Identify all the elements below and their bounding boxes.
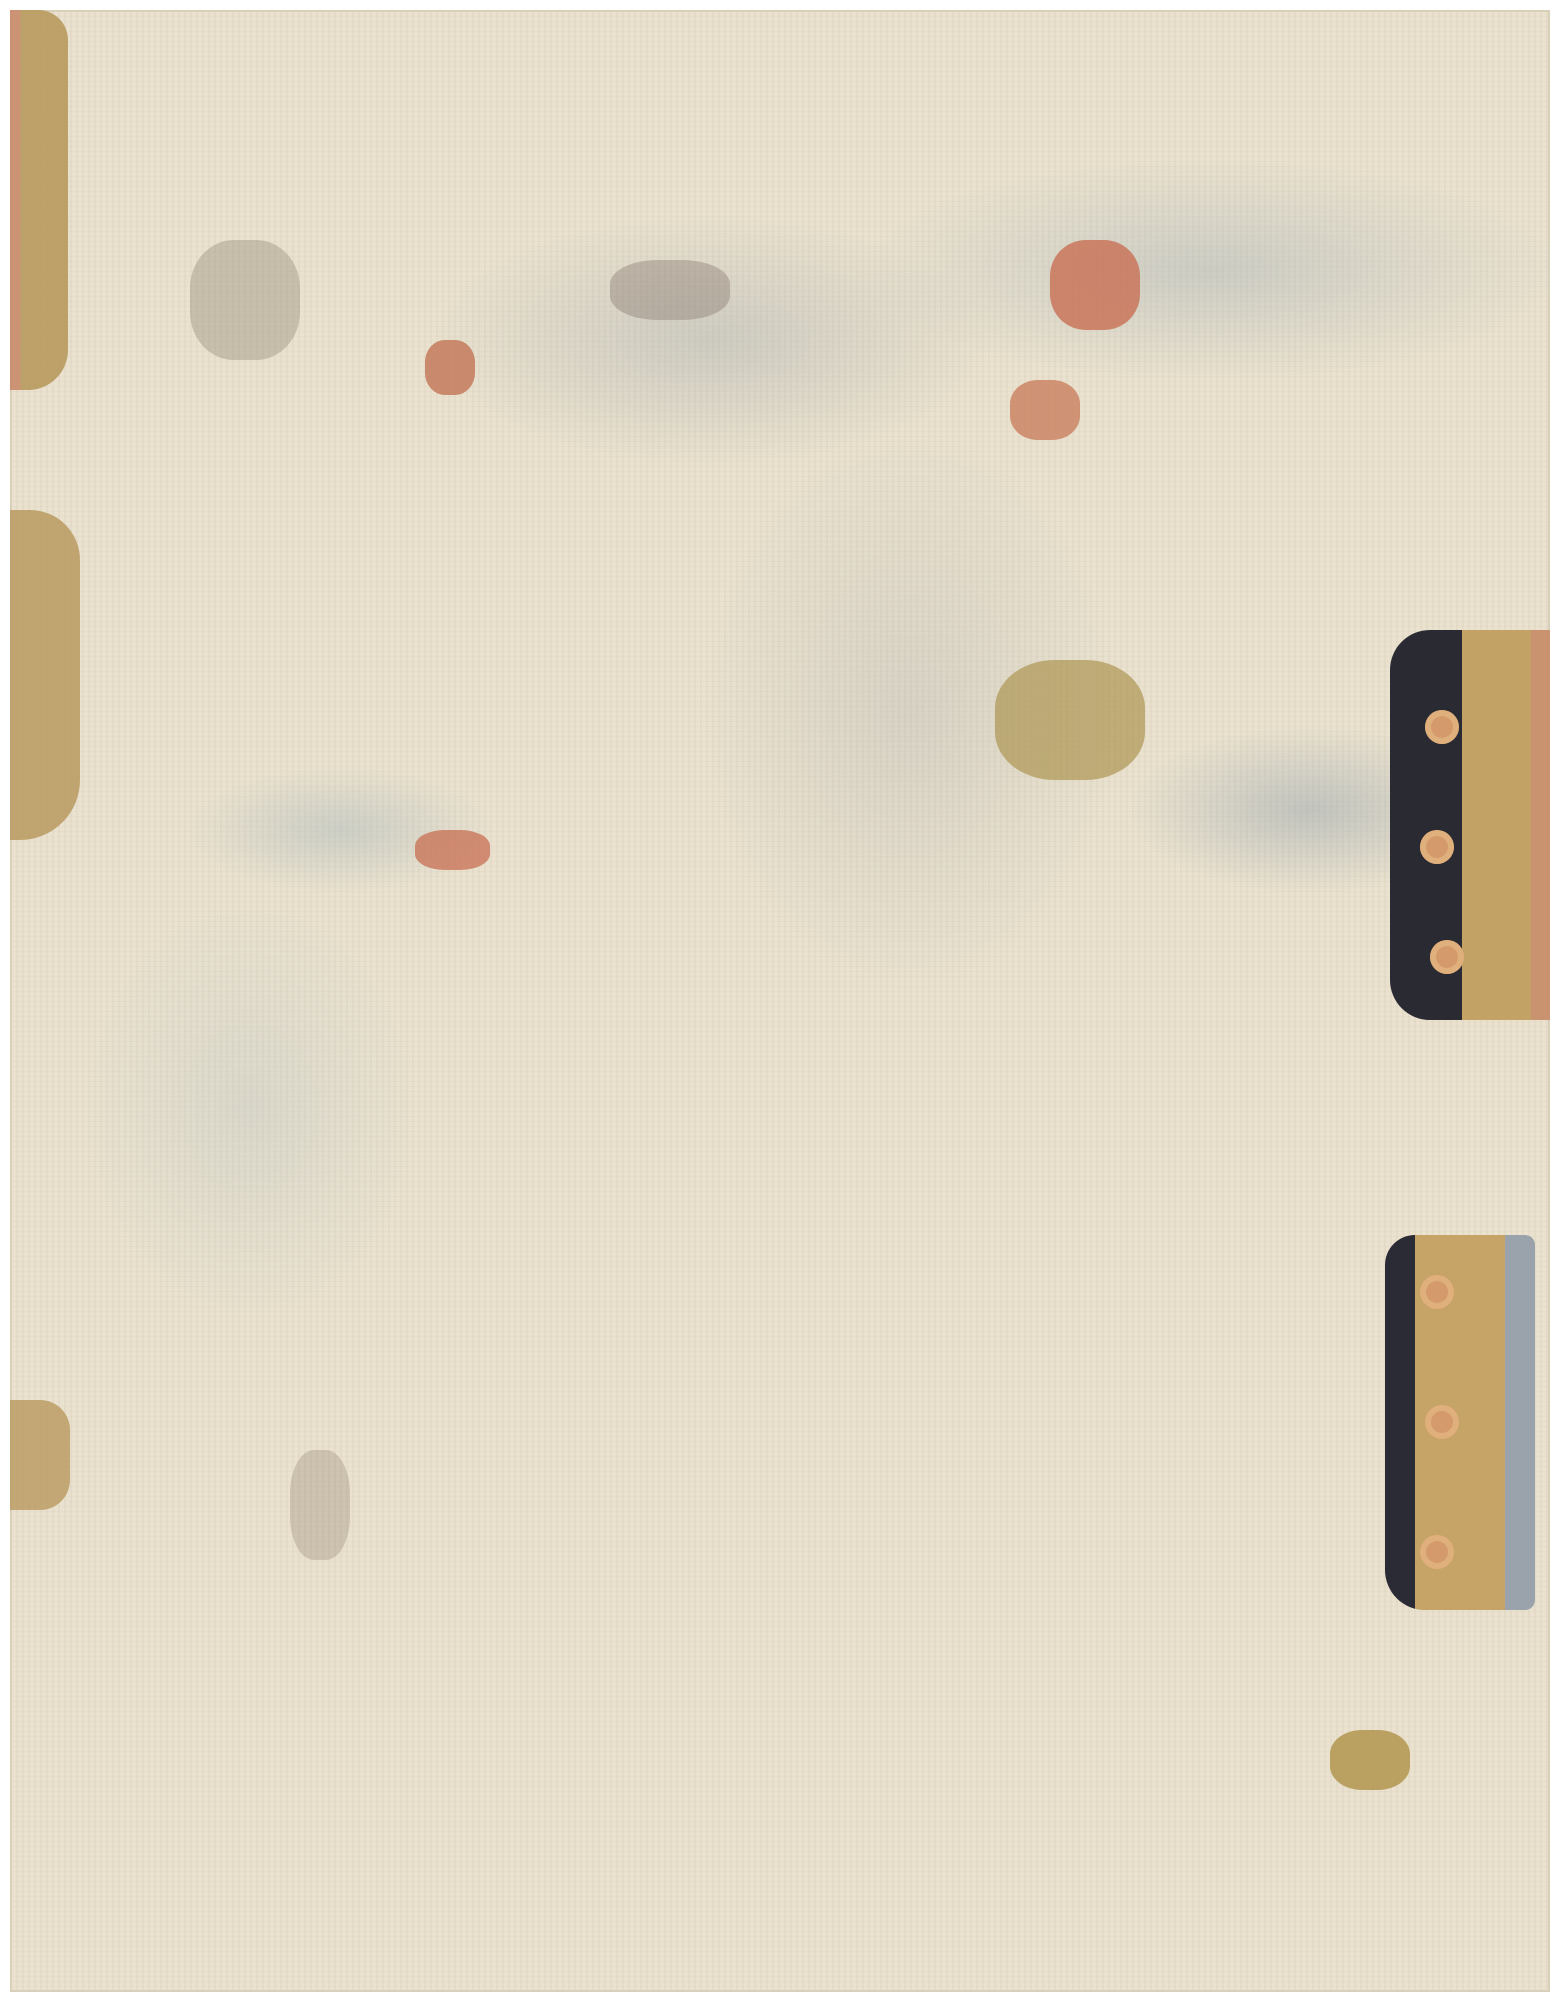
gold-motif-fragment: [995, 660, 1145, 780]
rust-motif: [1010, 380, 1080, 440]
faded-motif: [610, 260, 730, 320]
rust-motif: [415, 830, 490, 870]
faded-motif: [190, 240, 300, 360]
flower-motif: [1420, 1535, 1454, 1569]
left-border-remnant-top: [10, 10, 68, 390]
rug-photo: [10, 10, 1550, 1992]
flower-motif: [1425, 1405, 1459, 1439]
gold-motif-fragment: [1330, 1730, 1410, 1790]
rust-motif: [425, 340, 475, 395]
flower-motif: [1425, 710, 1459, 744]
right-border-fragment-lower: [1385, 1235, 1535, 1610]
left-border-remnant-bottom: [10, 1400, 70, 1510]
left-border-remnant-middle: [10, 510, 80, 840]
right-border-fragment-upper: [1390, 630, 1550, 1020]
flower-motif: [1430, 940, 1464, 974]
faded-motif: [290, 1450, 350, 1560]
flower-motif: [1420, 1275, 1454, 1309]
rust-motif: [1050, 240, 1140, 330]
flower-motif: [1420, 830, 1454, 864]
